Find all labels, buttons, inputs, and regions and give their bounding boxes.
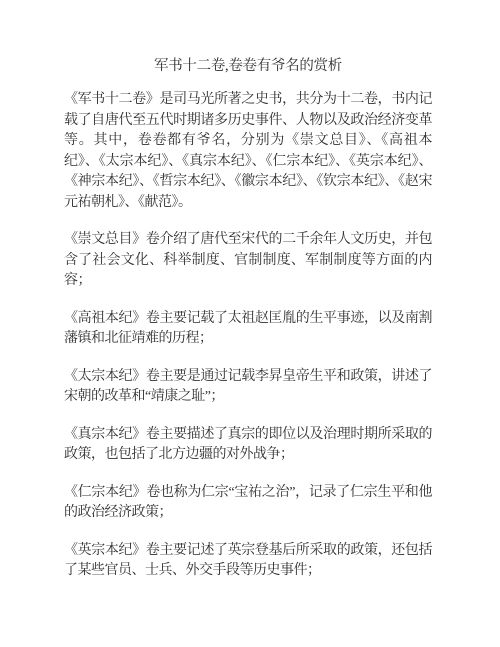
document-page: 军书十二卷,卷卷有爷名的赏析 《军书十二卷》是司马光所著之史书，共分为十二卷，书… bbox=[0, 0, 500, 647]
paragraph-taizong-benji: 《太宗本纪》卷主要是通过记载李昇皇帝生平和政策，讲述了宋朝的改革和“靖康之耻”； bbox=[64, 367, 432, 408]
paragraph-overview: 《军书十二卷》是司马光所著之史书，共分为十二卷，书内记载了自唐代至五代时期诸多历… bbox=[64, 90, 432, 213]
paragraph-yingzong-benji: 《英宗本纪》卷主要记述了英宗登基后所采取的政策，还包括了某些官员、士兵、外交手段… bbox=[64, 541, 432, 582]
paragraph-chongwen-zongmu: 《崇文总目》卷介绍了唐代至宋代的二千余年人文历史，并包含了社会文化、科举制度、官… bbox=[64, 230, 432, 292]
document-title: 军书十二卷,卷卷有爷名的赏析 bbox=[64, 56, 432, 77]
paragraph-zhenzong-benji: 《真宗本纪》卷主要描述了真宗的即位以及治理时期所采取的政策，也包括了北方边疆的对… bbox=[64, 425, 432, 466]
paragraph-gaozu-benji: 《高祖本纪》卷主要记载了太祖赵匡胤的生平事迹，以及南割藩镇和北征靖难的历程； bbox=[64, 309, 432, 350]
paragraph-renzong-benji: 《仁宗本纪》卷也称为仁宗“宝祐之治”，记录了仁宗生平和他的政治经济政策； bbox=[64, 483, 432, 524]
